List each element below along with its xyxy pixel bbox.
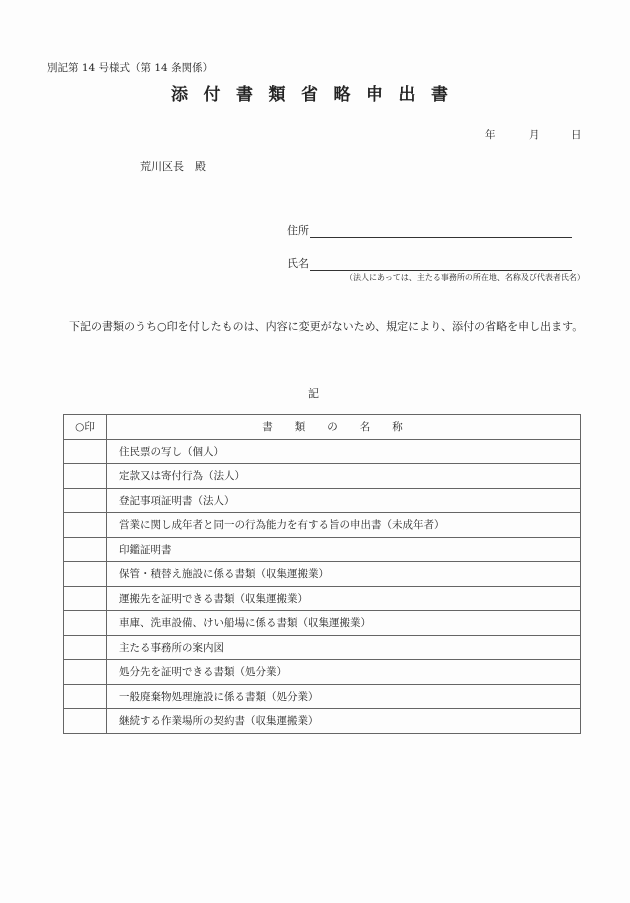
- mark-cell[interactable]: [64, 684, 107, 709]
- table-row: 印鑑証明書: [64, 537, 581, 562]
- document-name-cell: 住民票の写し（個人）: [107, 439, 581, 464]
- document-name-cell: 登記事項証明書（法人）: [107, 488, 581, 513]
- table-row: 車庫、洗車設備、けい船場に係る書類（収集運搬業）: [64, 611, 581, 636]
- address-label: 住所: [287, 222, 309, 238]
- document-name-cell: 定款又は寄付行為（法人）: [107, 464, 581, 489]
- body-text: 下記の書類のうち○印を付したものは、内容に変更がないため、規定により、添付の省略…: [47, 318, 587, 335]
- table-row: 定款又は寄付行為（法人）: [64, 464, 581, 489]
- table-row: 住民票の写し（個人）: [64, 439, 581, 464]
- document-name-cell: 一般廃棄物処理施設に係る書類（処分業）: [107, 684, 581, 709]
- document-name-cell: 運搬先を証明できる書類（収集運搬業）: [107, 586, 581, 611]
- mark-cell[interactable]: [64, 635, 107, 660]
- table-row: 営業に関し成年者と同一の行為能力を有する旨の申出書（未成年者）: [64, 513, 581, 538]
- address-field-row: 住所: [287, 222, 572, 238]
- document-name-cell: 営業に関し成年者と同一の行為能力を有する旨の申出書（未成年者）: [107, 513, 581, 538]
- document-name-cell: 印鑑証明書: [107, 537, 581, 562]
- applicant-note: （法人にあっては、主たる事務所の所在地、名称及び代表者氏名）: [345, 272, 585, 283]
- mark-cell[interactable]: [64, 513, 107, 538]
- document-name-cell: 主たる事務所の案内図: [107, 635, 581, 660]
- page-title: 添付書類省略申出書: [171, 80, 464, 105]
- table-row: 登記事項証明書（法人）: [64, 488, 581, 513]
- mark-column-header: ○印: [64, 415, 107, 440]
- name-field[interactable]: [310, 258, 572, 271]
- document-name-cell: 処分先を証明できる書類（処分業）: [107, 660, 581, 685]
- document-name-cell: 継続する作業場所の契約書（収集運搬業）: [107, 709, 581, 734]
- date-day-label: 日: [571, 127, 582, 142]
- table-row: 運搬先を証明できる書類（収集運搬業）: [64, 586, 581, 611]
- table-row: 継続する作業場所の契約書（収集運搬業）: [64, 709, 581, 734]
- table-header-row: ○印 書類の名称: [64, 415, 581, 440]
- name-field-row: 氏名: [287, 255, 572, 271]
- mark-cell[interactable]: [64, 709, 107, 734]
- name-column-header: 書類の名称: [107, 415, 581, 440]
- name-label: 氏名: [287, 255, 309, 271]
- ki-heading: 記: [308, 385, 319, 401]
- form-reference: 別記第 14 号様式（第 14 条関係）: [47, 60, 213, 75]
- table-row: 保管・積替え施設に係る書類（収集運搬業）: [64, 562, 581, 587]
- table-row: 主たる事務所の案内図: [64, 635, 581, 660]
- addressee: 荒川区長 殿: [140, 158, 206, 174]
- document-name-cell: 保管・積替え施設に係る書類（収集運搬業）: [107, 562, 581, 587]
- mark-cell[interactable]: [64, 537, 107, 562]
- mark-cell[interactable]: [64, 562, 107, 587]
- mark-cell[interactable]: [64, 464, 107, 489]
- mark-cell[interactable]: [64, 439, 107, 464]
- mark-cell[interactable]: [64, 586, 107, 611]
- date-month-label: 月: [529, 127, 540, 142]
- mark-cell[interactable]: [64, 488, 107, 513]
- table-row: 一般廃棄物処理施設に係る書類（処分業）: [64, 684, 581, 709]
- mark-cell[interactable]: [64, 611, 107, 636]
- address-field[interactable]: [310, 225, 572, 238]
- mark-cell[interactable]: [64, 660, 107, 685]
- documents-table: ○印 書類の名称 住民票の写し（個人） 定款又は寄付行為（法人） 登記事項証明書…: [63, 414, 581, 734]
- table-row: 処分先を証明できる書類（処分業）: [64, 660, 581, 685]
- date-year-label: 年: [485, 127, 496, 142]
- document-name-cell: 車庫、洗車設備、けい船場に係る書類（収集運搬業）: [107, 611, 581, 636]
